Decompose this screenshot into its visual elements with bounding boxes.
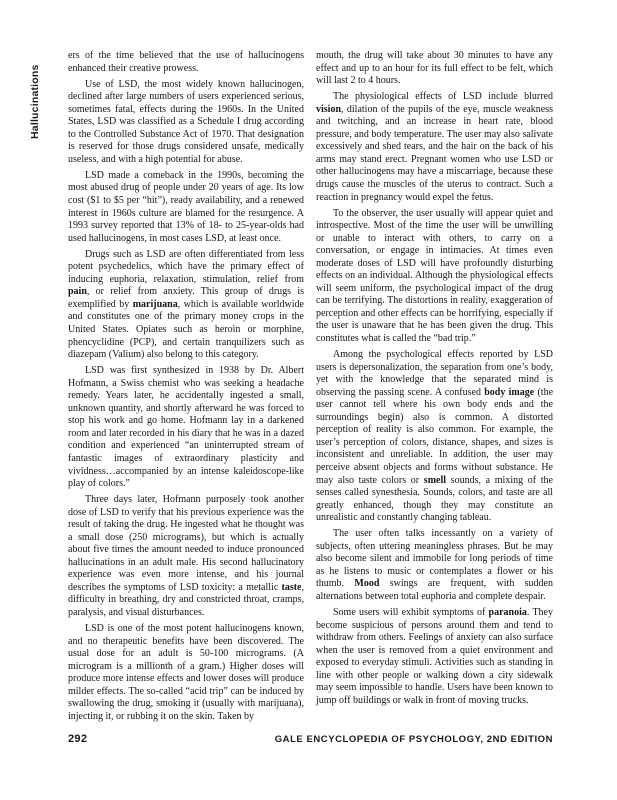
paragraph: LSD was first synthesized in 1938 by Dr.…: [68, 365, 304, 490]
paragraph: Some users will exhibit symptoms of para…: [316, 607, 553, 707]
bold-term: Mood: [354, 578, 379, 589]
paragraph: LSD is one of the most potent hallucinog…: [68, 623, 304, 723]
bold-term: paranoia: [489, 607, 527, 618]
bold-term: taste: [282, 582, 302, 593]
paragraph: The physiological effects of LSD include…: [316, 91, 553, 204]
bold-term: marijuana: [133, 299, 178, 310]
bold-term: body image: [484, 387, 534, 398]
publication-title: GALE ENCYCLOPEDIA OF PSYCHOLOGY, 2ND EDI…: [275, 734, 553, 745]
paragraph: ers of the time believed that the use of…: [68, 50, 304, 75]
paragraph: Three days later, Hofmann purposely took…: [68, 494, 304, 619]
bold-term: vision: [316, 104, 341, 115]
page-number: 292: [68, 733, 87, 745]
margin-tab-label: Hallucinations: [29, 64, 41, 139]
encyclopedia-page: Hallucinations ers of the time believed …: [0, 0, 617, 800]
paragraph: LSD made a comeback in the 1990s, becomi…: [68, 170, 304, 245]
text-column-right: mouth, the drug will take about 30 minut…: [316, 50, 553, 707]
paragraph: Use of LSD, the most widely known halluc…: [68, 79, 304, 167]
paragraph: mouth, the drug will take about 30 minut…: [316, 50, 553, 88]
page-footer: 292 GALE ENCYCLOPEDIA OF PSYCHOLOGY, 2ND…: [68, 733, 553, 745]
paragraph: The user often talks incessantly on a va…: [316, 528, 553, 603]
bold-term: smell: [424, 475, 446, 486]
paragraph: To the observer, the user usually will a…: [316, 208, 553, 346]
paragraph: Drugs such as LSD are often differentiat…: [68, 249, 304, 362]
bold-term: pain: [68, 286, 87, 297]
text-column-left: ers of the time believed that the use of…: [68, 50, 304, 723]
paragraph: Among the psychological effects reported…: [316, 349, 553, 525]
